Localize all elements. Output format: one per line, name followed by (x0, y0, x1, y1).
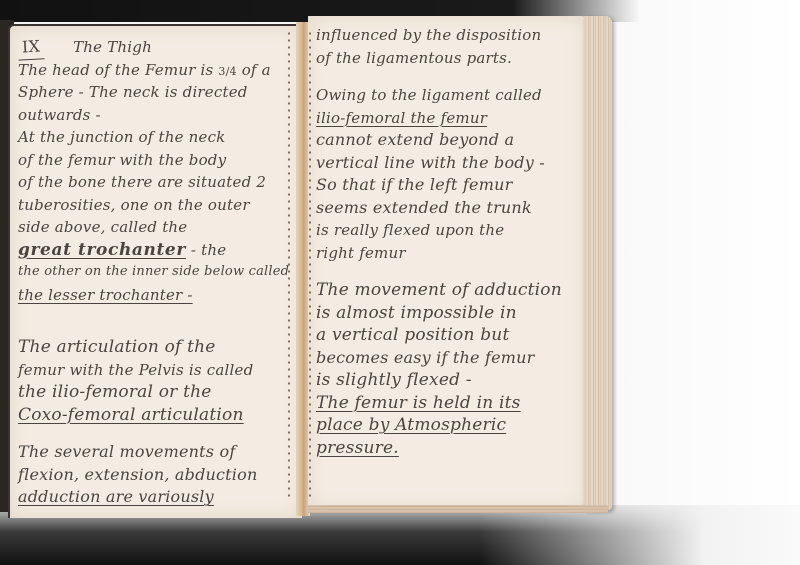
text-line: The head of the Femur is 3/4 of a (18, 59, 289, 82)
page-stack-edge (584, 16, 612, 510)
text-line: outwards - (18, 104, 289, 127)
text-line: tuberosities, one on the outer (18, 194, 289, 217)
text-line: great trochanter - the (18, 239, 289, 262)
text-line: of the ligamentous parts. (316, 47, 562, 70)
text-line: the lesser trochanter - (18, 284, 289, 307)
fraction: 3/4 (218, 65, 236, 78)
text-line: Coxo-femoral articulation (18, 404, 289, 427)
text-line: ilio-femoral the femur (316, 107, 562, 130)
section-number: IX (17, 35, 44, 60)
underlined-term: great trochanter (18, 240, 186, 260)
right-page-text: influenced by the disposition of the lig… (316, 24, 562, 459)
text-line: of the bone there are situated 2 (18, 171, 289, 194)
text-line: is slightly flexed - (316, 369, 562, 392)
text-line: The articulation of the (18, 336, 289, 359)
text-line: femur with the Pelvis is called (18, 359, 289, 382)
text-line: influenced by the disposition (316, 24, 562, 47)
section-heading: IX The Thigh (18, 36, 289, 59)
text-line: is almost impossible in (316, 302, 562, 325)
text-line: The femur is held in its (316, 392, 562, 415)
text-line: right femur (316, 242, 562, 265)
text-line: the ilio-femoral or the (18, 381, 289, 404)
text-line: cannot extend beyond a (316, 129, 562, 152)
text-line: side above, called the (18, 216, 289, 239)
page-stack-bottom (308, 505, 608, 513)
text-line: The movement of adduction (316, 279, 562, 302)
text-line: is really flexed upon the (316, 219, 562, 242)
text-line: becomes easy if the femur (316, 347, 562, 370)
text-line: Owing to the ligament called (316, 84, 562, 107)
text-line: At the junction of the neck (18, 126, 289, 149)
notebook: IX The Thigh The head of the Femur is 3/… (0, 0, 620, 520)
text-line: the other on the inner side below called (18, 261, 289, 284)
text-line: a vertical position but (316, 324, 562, 347)
text-line: pressure. (316, 437, 562, 460)
text-line: flexion, extension, abduction (18, 464, 289, 487)
text-line: Sphere - The neck is directed (18, 81, 289, 104)
text-line: of the femur with the body (18, 149, 289, 172)
text-line: adduction are variously (18, 486, 289, 509)
text-line: The several movements of (18, 441, 289, 464)
left-page-text: IX The Thigh The head of the Femur is 3/… (18, 36, 289, 509)
right-stitching (309, 30, 311, 500)
section-title: The Thigh (73, 38, 152, 56)
text-line: seems extended the trunk (316, 197, 562, 220)
text-line: vertical line with the body - (316, 152, 562, 175)
text-line: place by Atmospheric (316, 414, 562, 437)
text-line: So that if the left femur (316, 174, 562, 197)
